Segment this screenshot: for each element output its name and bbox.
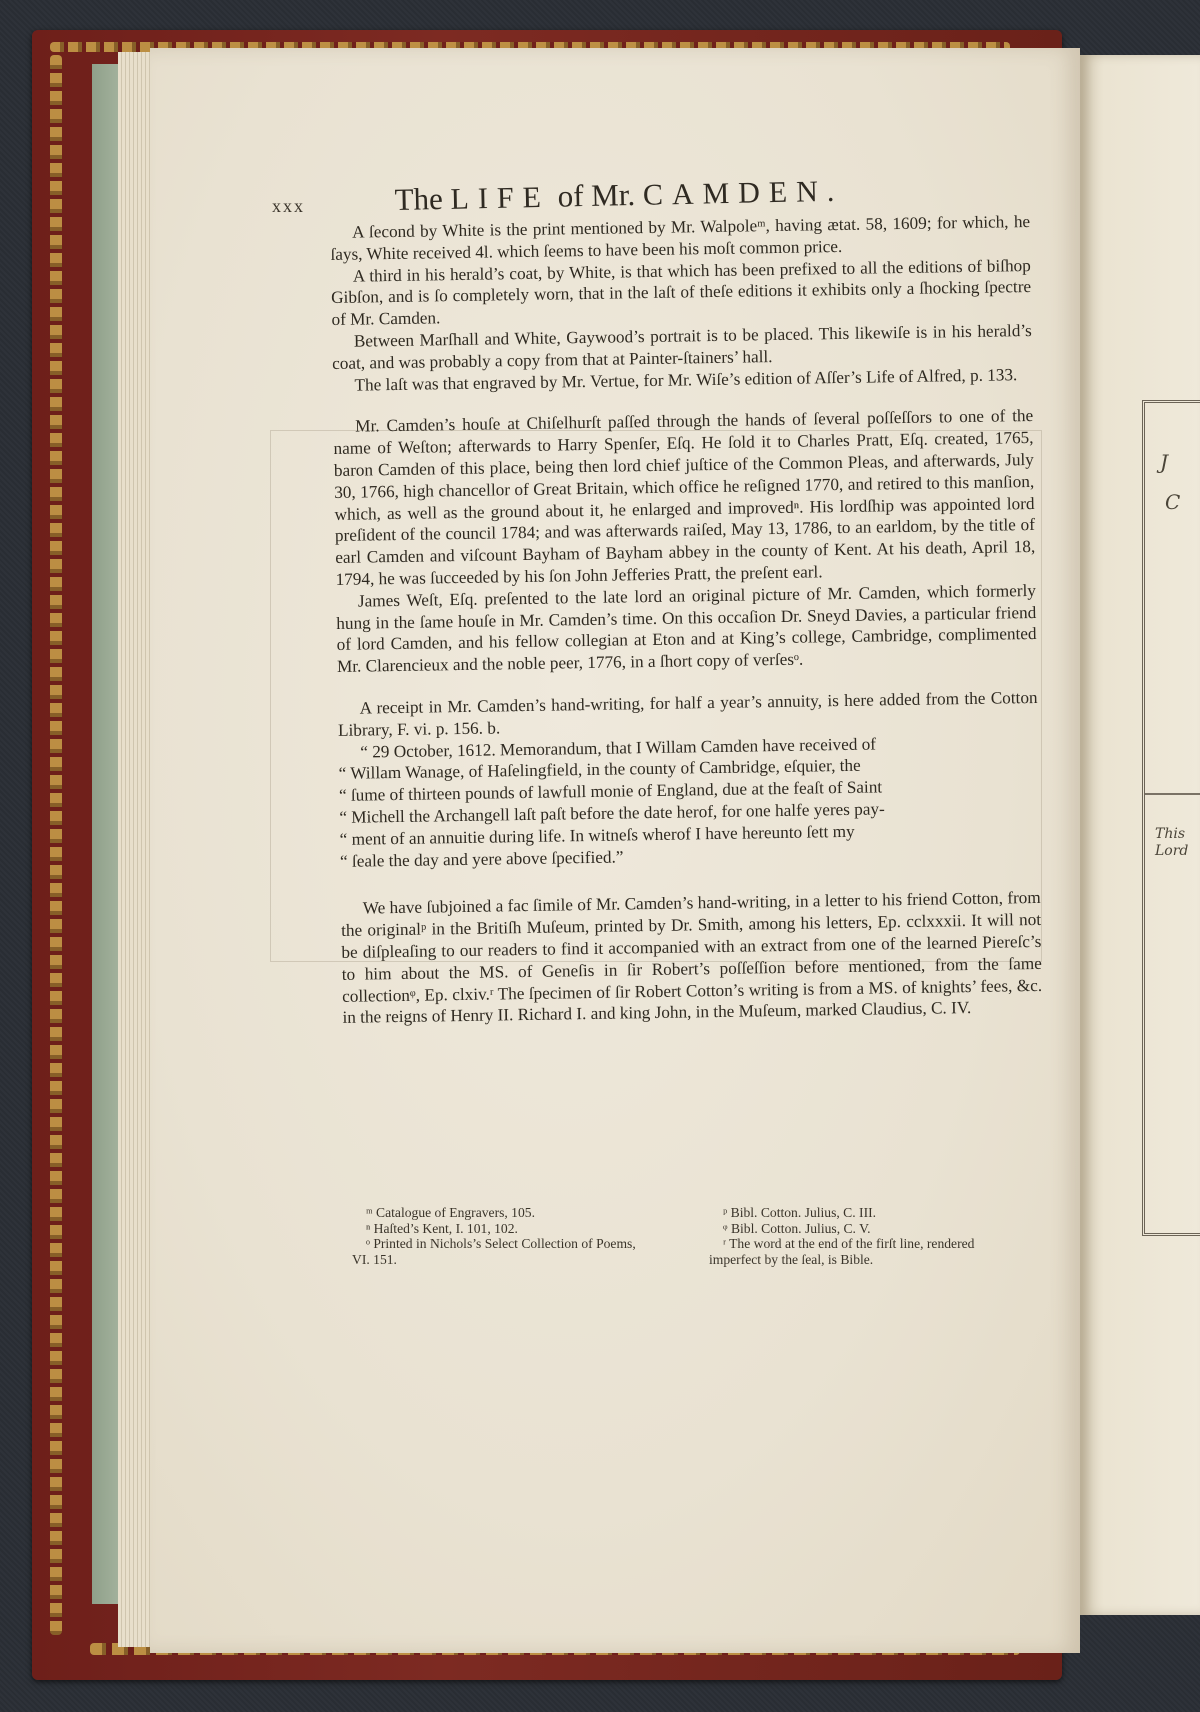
footnote: ᵖ Bibl. Cotton. Julius, C. III. <box>709 1205 1042 1221</box>
footnote-continuation: imperfect by the ſeal, is Bible. <box>709 1252 1042 1268</box>
handwriting-fragment: C <box>1165 490 1180 514</box>
footnotes-left-column: ᵐ Catalogue of Engravers, 105. ⁿ Haſted’… <box>352 1205 685 1267</box>
footnotes-right-column: ᵖ Bibl. Cotton. Julius, C. III. ᵠ Bibl. … <box>709 1205 1042 1267</box>
footnotes: ᵐ Catalogue of Engravers, 105. ⁿ Haſted’… <box>352 1205 1042 1267</box>
footnote: ᵒ Printed in Nichols’s Select Collection… <box>352 1236 685 1252</box>
title-mr: Mr. <box>591 177 636 213</box>
frame-divider <box>1145 793 1200 795</box>
gilt-tooling-left <box>50 55 62 1635</box>
handwriting-fragment: Lord <box>1155 843 1188 859</box>
paragraph: A third in his herald’s coat, by White, … <box>331 255 1032 331</box>
title-name: CAMDEN. <box>643 175 844 212</box>
footnote: ᵐ Catalogue of Engravers, 105. <box>352 1205 685 1221</box>
handwriting-fragment: J <box>1160 450 1168 474</box>
handwriting-fragment: This <box>1155 826 1185 842</box>
title-prefix: The <box>394 181 443 217</box>
footnote-continuation: VI. 151. <box>352 1252 685 1268</box>
paragraph: We have ſubjoined a fac ſimile of Mr. Ca… <box>341 887 1043 1029</box>
footnote: ᵠ Bibl. Cotton. Julius, C. V. <box>709 1221 1042 1237</box>
title-of: of <box>557 178 584 214</box>
facing-page-frame <box>1142 400 1200 1236</box>
body-text: A ſecond by White is the print mentioned… <box>330 211 1043 1029</box>
title-life: LIFE <box>450 181 550 216</box>
paragraph: Mr. Camden’s houſe at Chiſelhurſt paſſed… <box>333 405 1036 590</box>
footnote: ⁿ Haſted’s Kent, I. 101, 102. <box>352 1221 685 1237</box>
footnote: ʳ The word at the end of the firſt line,… <box>709 1236 1042 1252</box>
page-number: xxx <box>272 196 305 217</box>
paragraph: James Weſt, Eſq. preſented to the late l… <box>336 580 1037 678</box>
